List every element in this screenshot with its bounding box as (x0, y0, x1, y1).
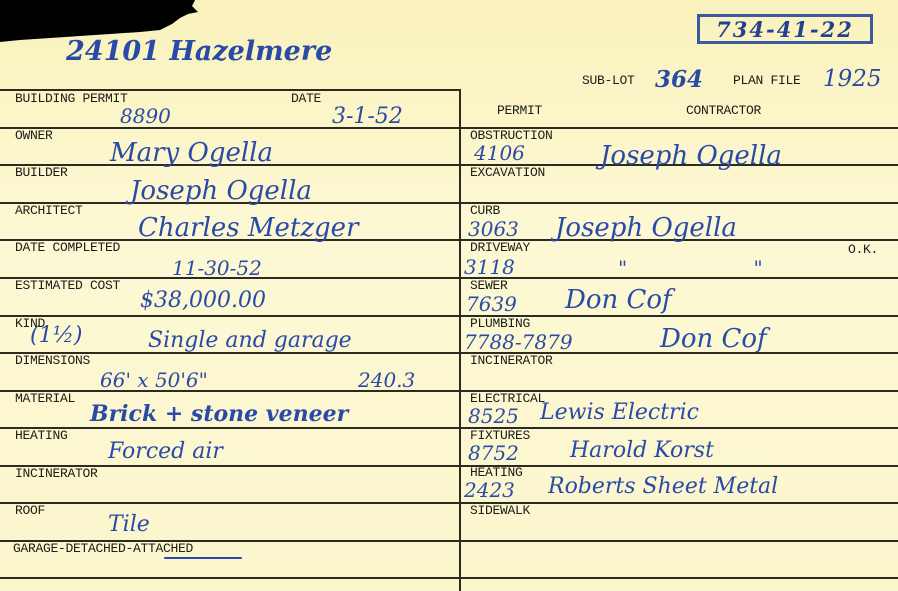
date-completed-label: DATE COMPLETED (15, 241, 120, 255)
rule (0, 427, 459, 429)
fixtures-permit: 8752 (468, 443, 519, 463)
sub-lot-value: 364 (655, 68, 703, 91)
incinerator-label: INCINERATOR (15, 467, 98, 481)
rule (461, 465, 898, 467)
contractor-column-header: CONTRACTOR (686, 104, 761, 118)
kind-value: Single and garage (148, 330, 352, 352)
rule (0, 502, 459, 504)
sidewalk-label: SIDEWALK (470, 504, 530, 518)
electrical-contractor: Lewis Electric (540, 402, 699, 424)
plumbing-label: PLUMBING (470, 317, 530, 331)
stamp-number-box: 734-41-22 (697, 14, 873, 44)
estimated-cost-value: $38,000.00 (140, 290, 266, 312)
dimensions-label: DIMENSIONS (15, 354, 90, 368)
electrical-permit: 8525 (468, 406, 519, 426)
heating-label: HEATING (15, 429, 68, 443)
driveway-status-ok: O.K. (848, 243, 878, 257)
plan-file-value: 1925 (823, 68, 882, 91)
driveway-permit: 3118 (464, 257, 515, 277)
incinerator-right-label: INCINERATOR (470, 354, 553, 368)
heating-permit: 2423 (464, 480, 515, 500)
garage-selected-attached: ATTACHED (133, 541, 193, 556)
dimensions-extra: 240.3 (358, 370, 415, 390)
date-completed-value: 11-30-52 (172, 258, 262, 278)
excavation-label: EXCAVATION (470, 166, 545, 180)
estimated-cost-label: ESTIMATED COST (15, 279, 120, 293)
plumbing-contractor: Don Cof (660, 326, 767, 352)
stamp-number: 734-41-22 (716, 17, 854, 42)
address: 24101 Hazelmere (66, 38, 332, 65)
rule (0, 577, 459, 579)
obstruction-permit: 4106 (474, 143, 525, 163)
building-permit-label: BUILDING PERMIT (15, 92, 128, 106)
sewer-label: SEWER (470, 279, 508, 293)
material-value: Brick + stone veneer (90, 403, 348, 425)
garage-label: GARAGE-DETACHED-ATTACHED (13, 542, 193, 556)
kind-prefix: (1½) (30, 325, 83, 347)
architect-value: Charles Metzger (138, 215, 359, 241)
permit-column-header: PERMIT (497, 104, 542, 118)
date-label: DATE (291, 92, 321, 106)
builder-value: Joseph Ogella (130, 178, 312, 204)
rule (461, 577, 898, 579)
rule (461, 540, 898, 542)
obstruction-contractor: Joseph Ogella (600, 143, 782, 169)
roof-value: Tile (108, 514, 150, 536)
sub-lot-label: SUB-LOT (582, 74, 635, 88)
building-permit-value: 8890 (120, 106, 171, 126)
rule (461, 202, 898, 204)
fixtures-contractor: Harold Korst (570, 440, 714, 462)
driveway-contractor-ditto: " " (618, 258, 823, 278)
sewer-contractor: Don Cof (565, 287, 672, 313)
driveway-label: DRIVEWAY (470, 241, 530, 255)
material-label: MATERIAL (15, 392, 75, 406)
sewer-permit: 7639 (466, 294, 517, 314)
plumbing-permit: 7788-7879 (464, 332, 573, 352)
owner-label: OWNER (15, 129, 53, 143)
date-value: 3-1-52 (332, 106, 403, 128)
curb-contractor: Joseph Ogella (555, 215, 737, 241)
attached-underline (164, 557, 242, 559)
roof-label: ROOF (15, 504, 45, 518)
curb-label: CURB (470, 204, 500, 218)
rule (0, 315, 459, 317)
building-permit-card: 24101 Hazelmere 734-41-22 SUB-LOT 364 PL… (0, 0, 898, 591)
heating-contractor: Roberts Sheet Metal (548, 476, 778, 498)
builder-label: BUILDER (15, 166, 68, 180)
architect-label: ARCHITECT (15, 204, 83, 218)
owner-value: Mary Ogella (110, 140, 273, 166)
heating-value: Forced air (108, 441, 223, 463)
dimensions-value: 66' x 50'6" (100, 370, 208, 390)
garage-label-options: GARAGE-DETACHED- (13, 541, 133, 556)
plan-file-label: PLAN FILE (733, 74, 801, 88)
curb-permit: 3063 (468, 219, 519, 239)
